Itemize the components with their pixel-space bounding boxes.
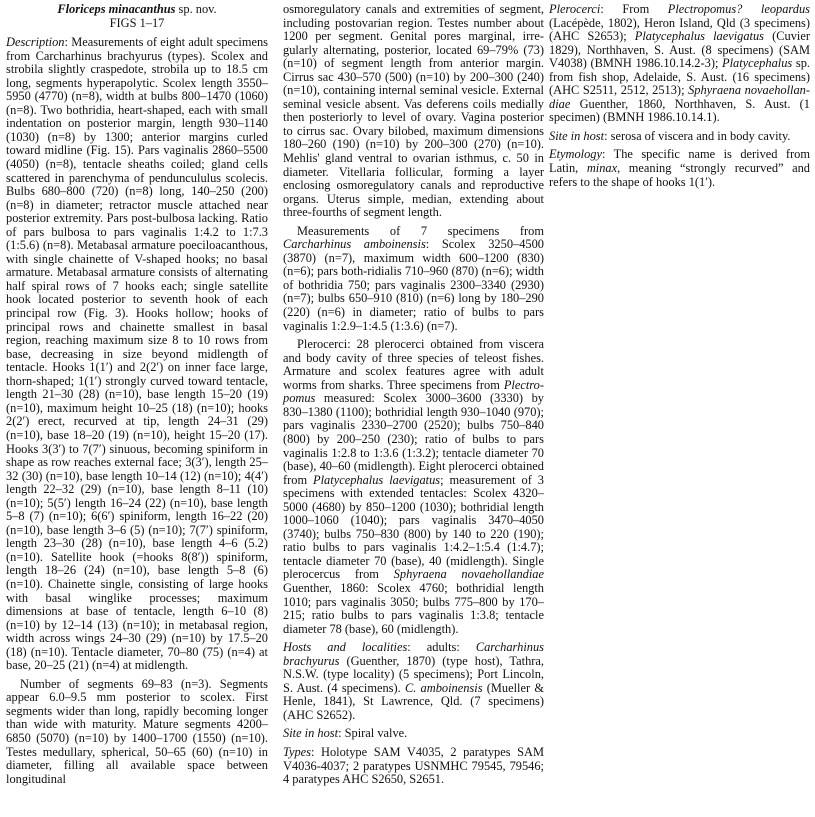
description-label: Description [6, 35, 65, 49]
site-in-host-paragraph: Site in host: Spiral valve. [283, 727, 544, 741]
species-heading: Floriceps minacanthus sp. nov. [6, 3, 268, 17]
column-2: osmoregulatory canals and extremities of… [283, 3, 544, 792]
column-3: Plerocerci: From Plectropomus? leopardus… [549, 3, 810, 194]
column-1: Floriceps minacanthus sp. nov. FIGS 1–17… [6, 3, 268, 791]
plerocerci-site-paragraph: Site in host: serosa of viscera and in b… [549, 130, 810, 144]
figures-reference: FIGS 1–17 [6, 17, 268, 31]
types-label: Types [283, 745, 311, 759]
host-name: C. amboinensis [405, 681, 483, 695]
latin-word: minax [587, 161, 617, 175]
etymology-label: Etymology [549, 147, 602, 161]
site-label: Site in host [549, 129, 604, 143]
types-paragraph: Types: Holotype SAM V4035, 2 paratypes S… [283, 746, 544, 787]
description-paragraph: Description: Measurements of eight adult… [6, 36, 268, 673]
etymology-paragraph: Etymology: The specific name is derived … [549, 148, 810, 189]
hosts-localities-paragraph: Hosts and localities: adults: Carcharhin… [283, 641, 544, 722]
plerocerci-hosts-paragraph: Plerocerci: From Plectropomus? leopardus… [549, 3, 810, 125]
hosts-label: Hosts and localities [283, 640, 407, 654]
species-status: sp. nov. [179, 2, 217, 16]
anatomy-paragraph: osmoregulatory canals and extremities of… [283, 3, 544, 220]
segments-paragraph: Number of segments 69–83 (n=3). Segments… [6, 678, 268, 786]
species-name: Floriceps minacanthus [57, 2, 175, 16]
host-name: Plectropomus? leopardus [668, 2, 810, 16]
host-name: Sphyraena novaehollandiae [394, 567, 544, 581]
plerocerci-label: Plerocerci [549, 2, 600, 16]
amboinensis-measurements-paragraph: Measurements of 7 specimens from Carchar… [283, 225, 544, 333]
host-name: Platycephalus laevigatus [313, 473, 440, 487]
host-name: Platycephalus [722, 56, 792, 70]
site-label: Site in host [283, 726, 338, 740]
host-name: Carcharhinus amboinensis [283, 237, 426, 251]
host-name: Platycephalus laevigatus [635, 29, 764, 43]
plerocerci-paragraph: Plerocerci: 28 plerocerci obtained from … [283, 338, 544, 636]
description-text: : Measurements of eight adult specimens … [6, 35, 268, 672]
